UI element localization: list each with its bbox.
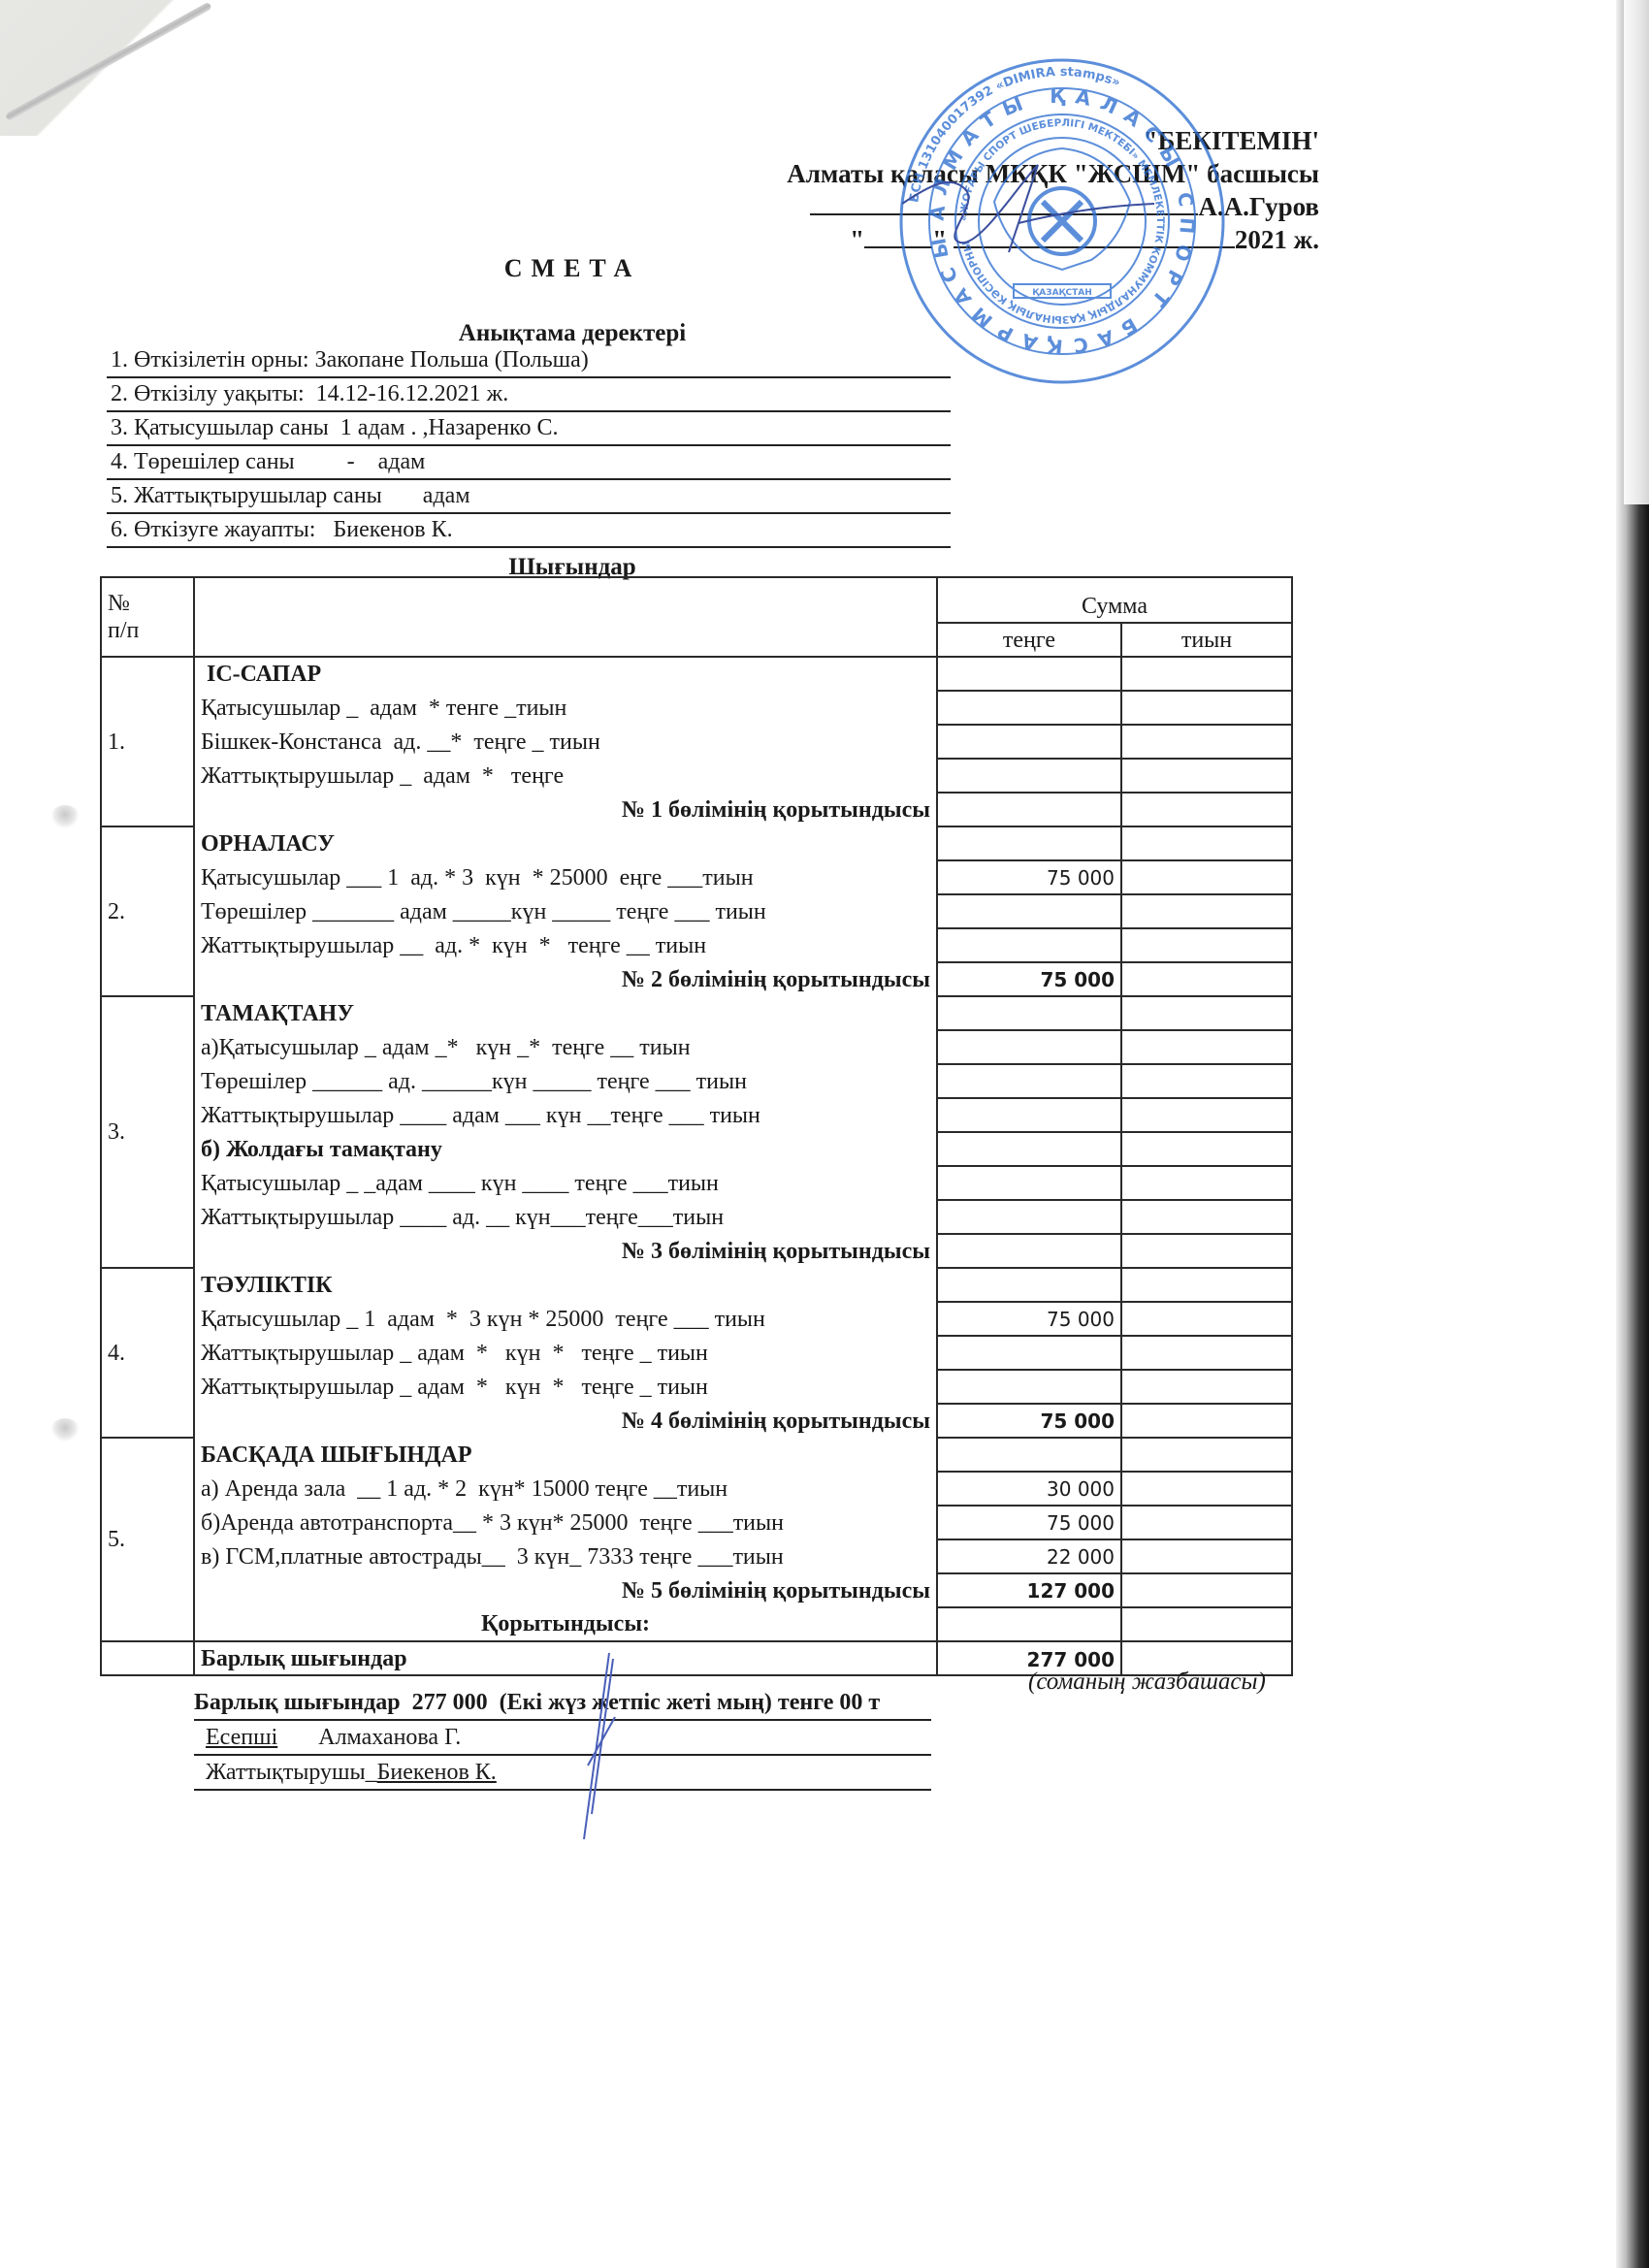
row-amount-tiyn — [1121, 793, 1292, 826]
table-row: Қатысушылар ___ 1 ад. * 3 күн * 25000 ең… — [101, 860, 1292, 894]
info-coaches: 5. Жаттықтырушылар саны адам — [107, 480, 951, 514]
table-row: 5.БАСҚАДА ШЫҒЫНДАР — [101, 1438, 1292, 1472]
row-amount-tiyn — [1121, 1098, 1292, 1132]
table-row: Қатысушылар _ адам * тенге _тиын — [101, 691, 1292, 725]
table-row: № 4 бөлімінің қорытындысы75 000 — [101, 1404, 1292, 1438]
row-amount-tiyn — [1121, 1302, 1292, 1336]
accountant-name: Алмаханова Г. — [318, 1725, 461, 1750]
row-amount-tenge — [937, 928, 1121, 962]
row-amount-tiyn — [1121, 725, 1292, 759]
row-description: а) Аренда зала __ 1 ад. * 2 күн* 15000 т… — [194, 1472, 937, 1506]
row-description: ТӘУЛІКТІК — [194, 1268, 937, 1302]
row-amount-tenge: 127 000 — [937, 1573, 1121, 1607]
row-amount-tenge — [937, 1370, 1121, 1404]
row-amount-tiyn — [1121, 1438, 1292, 1472]
row-amount-tenge — [937, 996, 1121, 1030]
row-number: 4. — [101, 1268, 194, 1438]
row-description: ТАМАҚТАНУ — [194, 996, 937, 1030]
table-row: № 2 бөлімінің қорытындысы75 000 — [101, 962, 1292, 996]
date-month-line — [954, 246, 1235, 248]
approval-org-line: Алматы қаласы МКҚК "ЖСШМ" басшысы — [787, 157, 1319, 190]
row-description: № 2 бөлімінің қорытындысы — [194, 962, 937, 996]
row-amount-tiyn — [1121, 962, 1292, 996]
info-participants: 3. Қатысушылар саны 1 адам . ,Назаренко … — [107, 412, 951, 446]
row-description: Жаттықтырушылар _ адам * теңге — [194, 759, 937, 793]
table-row: № 5 бөлімінің қорытындысы127 000 — [101, 1573, 1292, 1607]
row-amount-tiyn — [1121, 928, 1292, 962]
row-amount-tenge — [937, 1166, 1121, 1200]
row-amount-tenge: 75 000 — [937, 962, 1121, 996]
row-description: БАСҚАДА ШЫҒЫНДАР — [194, 1438, 937, 1472]
table-row: 4.ТӘУЛІКТІК — [101, 1268, 1292, 1302]
date-quote-close: " — [932, 225, 947, 254]
coach-name: Биекенов К. — [377, 1760, 497, 1785]
row-description: Төрешілер ______ ад. ______күн _____ тең… — [194, 1064, 937, 1098]
info-dates: 2. Өткізілу уақыты: 14.12-16.12.2021 ж. — [107, 378, 951, 412]
row-amount-tiyn — [1121, 1539, 1292, 1573]
row-number: 2. — [101, 826, 194, 996]
row-amount-tiyn — [1121, 1472, 1292, 1506]
row-description: б) Жолдағы тамақтану — [194, 1132, 937, 1166]
table-row: 1. ІС-САПАР — [101, 657, 1292, 691]
row-amount-tenge — [937, 1064, 1121, 1098]
info-referees: 4. Төрешілер саны - адам — [107, 446, 951, 480]
row-amount-tiyn — [1121, 996, 1292, 1030]
row-description: Бішкек-Констанса ад. __* теңге _ тиын — [194, 725, 937, 759]
row-amount-tenge: 75 000 — [937, 1404, 1121, 1438]
row-description: Жаттықтырушылар ____ ад. __ күн___теңге_… — [194, 1200, 937, 1234]
info-responsible: 6. Өткізуге жауапты: Биекенов К. — [107, 514, 951, 548]
row-amount-tenge — [937, 1030, 1121, 1064]
expenses-table: № п/п Сумма теңге тиын 1. ІС-САПАРҚатысу… — [100, 576, 1293, 1676]
row-number: 3. — [101, 996, 194, 1268]
row-amount-tiyn — [1121, 1370, 1292, 1404]
table-row: а)Қатысушылар _ адам _* күн _* теңге __ … — [101, 1030, 1292, 1064]
row-description: ІС-САПАР — [194, 657, 937, 691]
row-amount-tiyn — [1121, 1200, 1292, 1234]
row-amount-tiyn — [1121, 1132, 1292, 1166]
row-amount-tiyn — [1121, 1404, 1292, 1438]
row-amount-tenge: 75 000 — [937, 860, 1121, 894]
table-row: Жаттықтырушылар ____ ад. __ күн___теңге_… — [101, 1200, 1292, 1234]
row-amount-tiyn — [1121, 1506, 1292, 1539]
signature-line — [810, 213, 1198, 215]
row-amount-tiyn — [1121, 1607, 1292, 1641]
row-amount-tenge — [937, 1268, 1121, 1302]
document-subtitle: Анықтама деректері — [0, 320, 1145, 347]
row-description: Жаттықтырушылар ____ адам ___ күн __теңг… — [194, 1098, 937, 1132]
row-description: Қатысушылар _ адам * тенге _тиын — [194, 691, 937, 725]
approval-heading: "БЕКІТЕМІН' — [787, 124, 1319, 157]
row-number: 5. — [101, 1438, 194, 1641]
table-row: б)Аренда автотранспорта__ * 3 күн* 25000… — [101, 1506, 1292, 1539]
row-description: № 1 бөлімінің қорытындысы — [194, 793, 937, 826]
row-amount-tenge — [937, 826, 1121, 860]
document-title: СМЕТА — [0, 254, 1145, 283]
row-amount-tiyn — [1121, 1573, 1292, 1607]
header-sum: Сумма — [937, 577, 1292, 623]
date-day-line — [864, 246, 932, 248]
row-amount-tenge — [937, 691, 1121, 725]
row-description: Қорытындысы: — [194, 1607, 937, 1641]
punch-hole — [50, 1418, 80, 1442]
row-number: 1. — [101, 657, 194, 826]
table-row: а) Аренда зала __ 1 ад. * 2 күн* 15000 т… — [101, 1472, 1292, 1506]
row-amount-tenge: 75 000 — [937, 1302, 1121, 1336]
row-amount-tenge — [937, 1607, 1121, 1641]
row-amount-tenge — [937, 1098, 1121, 1132]
row-amount-tiyn — [1121, 826, 1292, 860]
table-row: б) Жолдағы тамақтану — [101, 1132, 1292, 1166]
row-amount-tiyn — [1121, 1336, 1292, 1370]
accountant-role: Есепші — [206, 1725, 277, 1750]
row-amount-tiyn — [1121, 1268, 1292, 1302]
row-amount-tenge — [937, 894, 1121, 928]
row-description: а)Қатысушылар _ адам _* күн _* теңге __ … — [194, 1030, 937, 1064]
row-amount-tiyn — [1121, 860, 1292, 894]
table-row: 2.ОРНАЛАСУ — [101, 826, 1292, 860]
table-row: Қатысушылар _ 1 адам * 3 күн * 25000 тең… — [101, 1302, 1292, 1336]
row-amount-tenge — [937, 1336, 1121, 1370]
footer-signatures: Барлық шығындар 277 000 (Екі жүз жетпіс … — [194, 1686, 931, 1791]
row-amount-tiyn — [1121, 691, 1292, 725]
table-row: № 3 бөлімінің қорытындысы — [101, 1234, 1292, 1268]
approval-signer: А.А.Гуров — [1198, 192, 1319, 221]
row-amount-tiyn — [1121, 1234, 1292, 1268]
row-description: № 4 бөлімінің қорытындысы — [194, 1404, 937, 1438]
table-row: Жаттықтырушылар ____ адам ___ күн __теңг… — [101, 1098, 1292, 1132]
row-description: Қатысушылар _ 1 адам * 3 күн * 25000 тең… — [194, 1302, 937, 1336]
row-amount-tenge — [937, 793, 1121, 826]
table-row: Жаттықтырушылар _ адам * күн * теңге _ т… — [101, 1336, 1292, 1370]
header-description — [194, 577, 937, 657]
row-amount-tiyn — [1121, 1030, 1292, 1064]
table-row: № 1 бөлімінің қорытындысы — [101, 793, 1292, 826]
table-row: Жаттықтырушылар __ ад. * күн * теңге __ … — [101, 928, 1292, 962]
approval-year: 2021 ж. — [1235, 225, 1319, 254]
row-description: № 5 бөлімінің қорытындысы — [194, 1573, 937, 1607]
row-amount-tenge — [937, 725, 1121, 759]
row-amount-tenge: 30 000 — [937, 1472, 1121, 1506]
row-amount-tiyn — [1121, 1064, 1292, 1098]
total-label: Барлық шығындар — [194, 1641, 937, 1675]
row-description: в) ГСМ,платные автострады__ 3 күн_ 7333 … — [194, 1539, 937, 1573]
row-amount-tenge: 22 000 — [937, 1539, 1121, 1573]
table-row: Қорытындысы: — [101, 1607, 1292, 1641]
table-row: Жаттықтырушылар _ адам * күн * теңге _ т… — [101, 1370, 1292, 1404]
row-description: Қатысушылар ___ 1 ад. * 3 күн * 25000 ең… — [194, 860, 937, 894]
table-row: в) ГСМ,платные автострады__ 3 күн_ 7333 … — [101, 1539, 1292, 1573]
table-row: Бішкек-Констанса ад. __* теңге _ тиын — [101, 725, 1292, 759]
row-description: Жаттықтырушылар _ адам * күн * теңге _ т… — [194, 1370, 937, 1404]
row-amount-tenge — [937, 1438, 1121, 1472]
table-row: Қатысушылар _ _адам ____ күн ____ теңге … — [101, 1166, 1292, 1200]
row-description: Жаттықтырушылар _ адам * күн * теңге _ т… — [194, 1336, 937, 1370]
row-amount-tenge — [937, 1200, 1121, 1234]
row-amount-tiyn — [1121, 894, 1292, 928]
header-tenge: теңге — [937, 623, 1121, 657]
row-amount-tenge: 75 000 — [937, 1506, 1121, 1539]
info-venue: 1. Өткізілетін орны: Закопане Польша (По… — [107, 344, 951, 378]
row-description: № 3 бөлімінің қорытындысы — [194, 1234, 937, 1268]
row-description: Қатысушылар _ _адам ____ күн ____ теңге … — [194, 1166, 937, 1200]
row-amount-tenge — [937, 657, 1121, 691]
date-quote-open: " — [850, 225, 864, 254]
table-row: Жаттықтырушылар _ адам * теңге — [101, 759, 1292, 793]
coach-role: Жаттықтырушы — [206, 1760, 366, 1785]
row-description: Жаттықтырушылар __ ад. * күн * теңге __ … — [194, 928, 937, 962]
row-description: б)Аренда автотранспорта__ * 3 күн* 25000… — [194, 1506, 937, 1539]
table-row: 3.ТАМАҚТАНУ — [101, 996, 1292, 1030]
punch-hole — [50, 805, 80, 828]
row-amount-tenge — [937, 759, 1121, 793]
row-description: Төрешілер _______ адам _____күн _____ те… — [194, 894, 937, 928]
row-amount-tiyn — [1121, 1166, 1292, 1200]
scan-edge-shadow — [1616, 0, 1649, 2268]
header-tiyn: тиын — [1121, 623, 1292, 657]
total-number-cell — [101, 1641, 194, 1675]
table-header-row: № п/п Сумма — [101, 577, 1292, 623]
row-amount-tiyn — [1121, 759, 1292, 793]
reference-data: 1. Өткізілетін орны: Закопане Польша (По… — [107, 344, 951, 548]
table-row: Төрешілер ______ ад. ______күн _____ тең… — [101, 1064, 1292, 1098]
amount-in-words-note: (соманың жазбашасы) — [1028, 1669, 1266, 1696]
row-amount-tiyn — [1121, 657, 1292, 691]
row-description: ОРНАЛАСУ — [194, 826, 937, 860]
row-amount-tenge — [937, 1234, 1121, 1268]
total-in-words: Барлық шығындар 277 000 (Екі жүз жетпіс … — [194, 1686, 931, 1721]
table-row: Төрешілер _______ адам _____күн _____ те… — [101, 894, 1292, 928]
approval-block: "БЕКІТЕМІН' Алматы қаласы МКҚК "ЖСШМ" ба… — [787, 124, 1319, 256]
header-number: № п/п — [101, 577, 194, 657]
row-amount-tenge — [937, 1132, 1121, 1166]
stamp-center-text: ҚАЗАҚСТАН — [1032, 288, 1092, 298]
